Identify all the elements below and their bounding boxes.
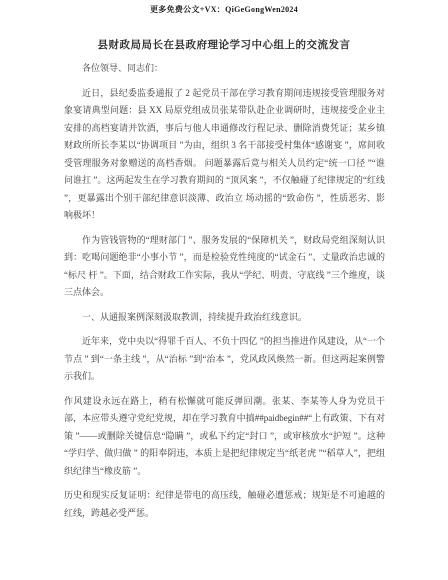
paragraph: 一、从通报案例深刻汲取教训，持续提升政治红线意识。 xyxy=(64,309,385,327)
paragraph: 各位领导、同志们： xyxy=(64,60,385,78)
document-title: 县财政局局长在县政府理论学习中心组上的交流发言 xyxy=(0,37,448,52)
paragraph: 近日，县纪委监委通报了 2 起党员干部在学习教育期间违规接受管理服务对象宴请典型… xyxy=(64,85,385,225)
paragraph: 作为管钱管物的“理财部门 ”、服务发展的“保障机关 ”，财政局党组深刻认识到：吃… xyxy=(64,232,385,302)
paragraph: 作风建设永远在路上，稍有松懈就可能反弹回潮。张某、李某等人身为党员干部，本应带头… xyxy=(64,393,385,481)
promo-header-text: 更多免费公文+VX：QiGeGongWen2024 xyxy=(0,4,448,15)
document-body: 各位领导、同志们：近日，县纪委监委通报了 2 起党员干部在学习教育期间违规接受管… xyxy=(64,60,385,529)
paragraph: 历史和现实反复证明：纪律是带电的高压线，触碰必遭惩戒；规矩是不可逾越的红线，跨越… xyxy=(64,487,385,522)
paragraph: 近年来，党中央以“得罪千百人、不负十四亿 ”的担当推进作风建设，从“一个节点 ”… xyxy=(64,333,385,386)
document-page: 更多免费公文+VX：QiGeGongWen2024 县财政局局长在县政府理论学习… xyxy=(0,0,448,580)
